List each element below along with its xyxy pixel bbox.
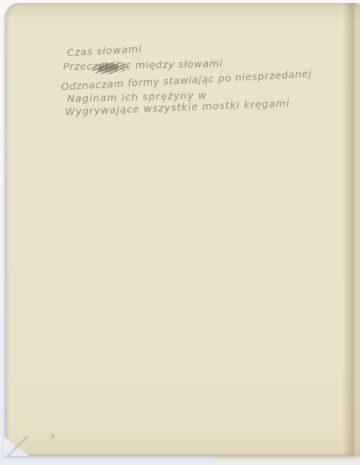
scanned-page: Czas słowami Przeczytając między słowami…: [5, 3, 360, 455]
scan-background: Czas słowami Przeczytając między słowami…: [0, 0, 360, 465]
handwriting-line: Czas słowami: [67, 44, 142, 59]
handwriting-line: Przeczytając między słowami: [63, 59, 223, 73]
pencil-x-mark: x: [49, 432, 56, 443]
